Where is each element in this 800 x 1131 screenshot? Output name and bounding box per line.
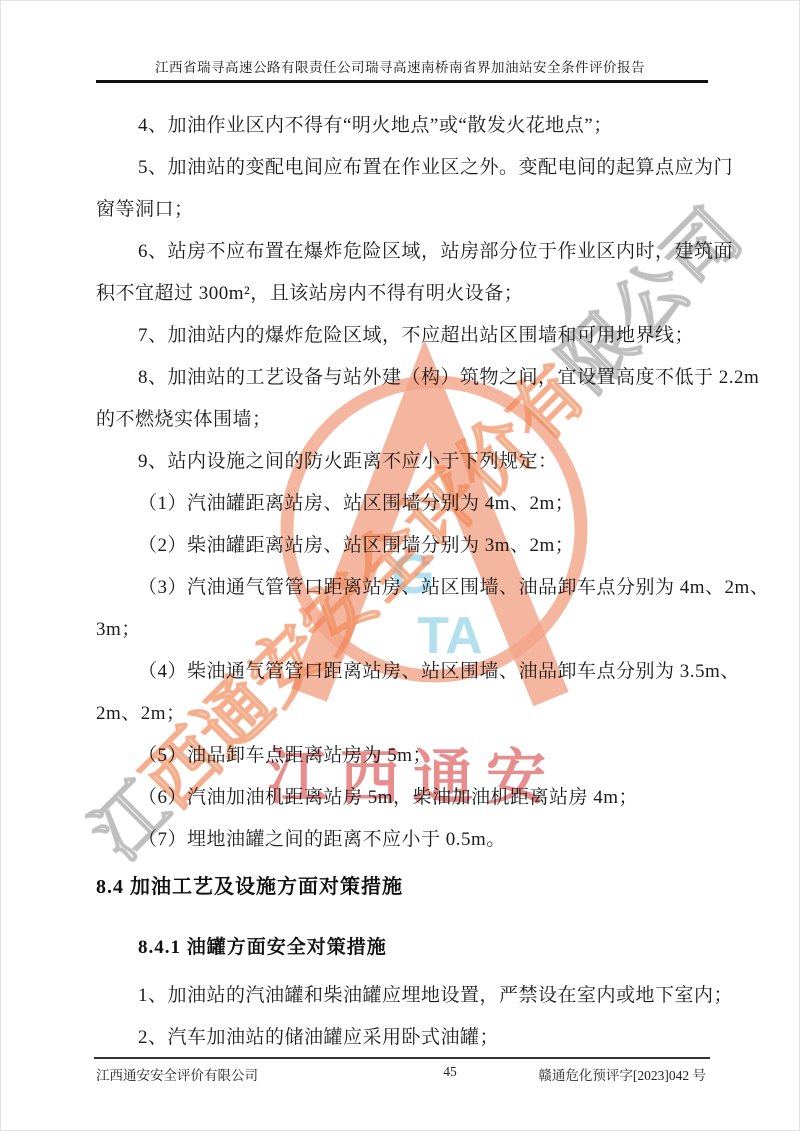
body-line: （5）油品卸车点距离站房为 5m；	[96, 735, 736, 777]
body-line: 4、加油作业区内不得有“明火地点”或“散发火花地点”；	[96, 105, 736, 147]
body-line: 6、站房不应布置在爆炸危险区域，站房部分位于作业区内时，建筑面	[96, 231, 736, 273]
section-heading-8-4: 8.4 加油工艺及设施方面对策措施	[96, 870, 403, 899]
body-line: 5、加油站的变配电间应布置在作业区之外。变配电间的起算点应为门	[96, 147, 736, 189]
body-line: 1、加油站的汽油罐和柴油罐应埋地设置，严禁设在室内或地下室内；	[96, 975, 736, 1017]
page-header-title: 江西省瑞寻高速公路有限责任公司瑞寻高速南桥南省界加油站安全条件评价报告	[1, 56, 799, 76]
footer-document-number: 赣通危化预评字[2023]042 号	[538, 1064, 706, 1084]
body-line: 2m、2m；	[96, 693, 736, 735]
body-line: （2）柴油罐距离站房、站区围墙分别为 3m、2m；	[96, 525, 736, 567]
body-text-block-2: 1、加油站的汽油罐和柴油罐应埋地设置，严禁设在室内或地下室内； 2、汽车加油站的…	[96, 975, 736, 1059]
document-page: G TA 江西通安 江西通安安全评价有限公司 江西省瑞寻高速公路有限责任公司瑞寻…	[0, 0, 800, 1131]
body-line: （4）柴油通气管管口距离站房、站区围墙、油品卸车点分别为 3.5m、	[96, 651, 736, 693]
subsection-heading-8-4-1: 8.4.1 油罐方面安全对策措施	[138, 932, 387, 959]
body-line: 7、加油站内的爆炸危险区域，不应超出站区围墙和可用地界线；	[96, 315, 736, 357]
body-line: （6）汽油加油机距离站房 5m，柴油加油机距离站房 4m；	[96, 777, 736, 819]
body-line: 积不宜超过 300m²，且该站房内不得有明火设备；	[96, 273, 736, 315]
body-line: （7）埋地油罐之间的距离不应小于 0.5m。	[96, 819, 736, 861]
body-line: 3m；	[96, 609, 736, 651]
header-rule	[96, 80, 708, 83]
body-line: 的不燃烧实体围墙；	[96, 399, 736, 441]
body-line: 8、加油站的工艺设备与站外建（构）筑物之间，宜设置高度不低于 2.2m	[96, 357, 736, 399]
body-line: 2、汽车加油站的储油罐应采用卧式油罐；	[96, 1017, 736, 1059]
body-line: 9、站内设施之间的防火距离不应小于下列规定：	[96, 441, 736, 483]
body-line: （3）汽油通气管管口距离站房、站区围墙、油品卸车点分别为 4m、2m、	[96, 567, 736, 609]
body-line: 窗等洞口；	[96, 189, 736, 231]
footer-page-number: 45	[443, 1064, 457, 1080]
body-line: （1）汽油罐距离站房、站区围墙分别为 4m、2m；	[96, 483, 736, 525]
body-text-block: 4、加油作业区内不得有“明火地点”或“散发火花地点”； 5、加油站的变配电间应布…	[96, 105, 736, 861]
footer-company-name: 江西通安安全评价有限公司	[96, 1064, 258, 1084]
